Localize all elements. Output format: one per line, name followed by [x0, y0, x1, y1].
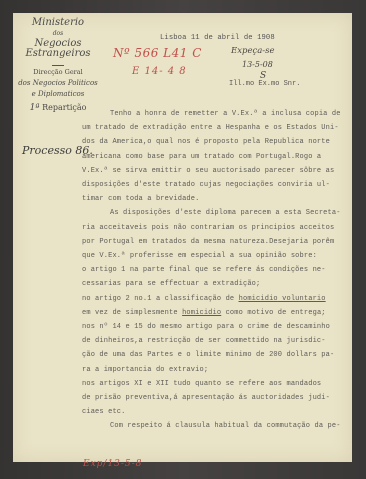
- date-line: Lisboa 11 de abril de 1908: [160, 34, 275, 42]
- red-reference-line-1: Nº 566 L41 C: [113, 46, 202, 60]
- letterhead-foreign-affairs: Negocios Estrangeiros: [17, 39, 99, 59]
- letterhead-divider: [52, 65, 64, 66]
- body-line: nos nº 14 e 15 do mesmo artigo para o cr…: [82, 320, 349, 334]
- body-line: Tenho a honra de remetter a V.Ex.ª a inc…: [82, 107, 349, 121]
- body-line: Com respeito á clausula habitual da comm…: [82, 419, 349, 433]
- body-line: ra a importancia do extravio;: [82, 363, 349, 377]
- body-line: ção de uma das Partes e o limite minimo …: [82, 348, 349, 362]
- body-line: As disposições d'este diploma parecem a …: [82, 206, 349, 220]
- body-line: ciaes etc.: [82, 405, 349, 419]
- repartition-label: Repartição: [42, 103, 86, 112]
- letterhead-direction: Direcção Geral: [17, 69, 99, 76]
- letterhead-dos: dos: [17, 31, 99, 37]
- body-line: por Portugal em tratados da mesma nature…: [82, 235, 349, 249]
- letterhead-ministry: Ministerio: [17, 18, 99, 28]
- document-page: Ministerio dos Negocios Estrangeiros Dir…: [13, 13, 352, 462]
- underlined-term: homicidio voluntario: [239, 295, 326, 303]
- body-line: V.Ex.ª se sirva emittir o seu auctorisad…: [82, 164, 349, 178]
- body-line: cessarias para se effectuar a extradição…: [82, 277, 349, 291]
- repartition-number: 1ª: [30, 103, 40, 113]
- body-line-underlined: em vez de simplesmente homicidio como mo…: [82, 306, 349, 320]
- handwritten-note-line-2: 13-5-08: [242, 60, 273, 69]
- body-line-underlined: no artigo 2 no.1 a classificação de homi…: [82, 292, 349, 306]
- body-line: nos artigos XI e XII tudo quanto se refe…: [82, 377, 349, 391]
- letterhead-diplomatic: e Diplomaticos: [17, 91, 99, 98]
- underlined-term: homicidio: [239, 295, 278, 303]
- red-bottom-annotation: Exp/13-5-8: [83, 459, 142, 469]
- body-line: americana como base para um tratado com …: [82, 150, 349, 164]
- letterhead-political: dos Negocios Politicos: [17, 80, 99, 87]
- body-line: o artigo 1 na parte final que se refere …: [82, 263, 349, 277]
- addressee: Ill.mo Ex.mo Snr.: [229, 80, 300, 88]
- body-line: timar com toda a brevidade.: [82, 192, 349, 206]
- body-line: dos da America,o qual nos é proposto pel…: [82, 135, 349, 149]
- body-line: que V.Ex.ª proferisse em especial a sua …: [82, 249, 349, 263]
- underlined-term: homicidio: [182, 309, 221, 317]
- body-line: de prisão preventiva,á apresentação ás a…: [82, 391, 349, 405]
- red-reference-line-2: E 14- 4 8: [132, 66, 187, 77]
- body-line: de dinheiros,a restricção de ser commett…: [82, 334, 349, 348]
- handwritten-note-line-1: Expeça-se: [231, 46, 275, 56]
- body-line: um tratado de extradição entre a Hespanh…: [82, 121, 349, 135]
- letterhead: Ministerio dos Negocios Estrangeiros Dir…: [17, 15, 99, 113]
- body-line: disposições d'este tratado cujas negocia…: [82, 178, 349, 192]
- letter-body: Tenho a honra de remetter a V.Ex.ª a inc…: [82, 107, 349, 434]
- body-line: ria acceitaveis pois não contrariam os p…: [82, 221, 349, 235]
